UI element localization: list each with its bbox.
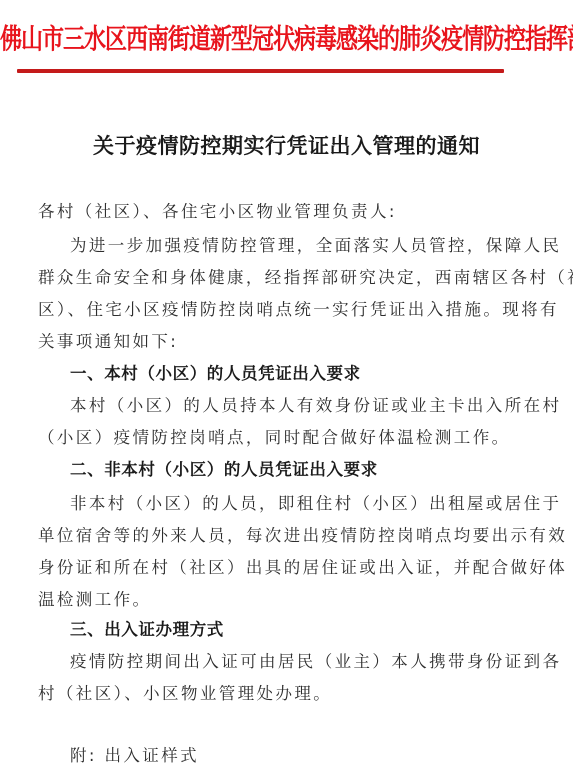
- section-heading: 三、出入证办理方式: [70, 616, 224, 640]
- section-line: 本村（小区）的人员持本人有效身份证或业主卡出入所在村: [70, 392, 561, 416]
- issuing-organization-header: 佛山市三水区西南街道新型冠状病毒感染的肺炎疫情防控指挥部办公室: [0, 18, 573, 57]
- section-line: 村（社区）、小区物业管理处办理。: [38, 680, 332, 704]
- intro-line: 区）、住宅小区疫情防控岗哨点统一实行凭证出入措施。现将有: [38, 296, 559, 320]
- header-red-rule: [17, 69, 504, 73]
- section-line: （小区）疫情防控岗哨点，同时配合做好体温检测工作。: [38, 424, 511, 448]
- document-title: 关于疫情防控期实行凭证出入管理的通知: [0, 130, 573, 160]
- intro-line: 关事项通知如下:: [38, 328, 178, 352]
- section-line: 单位宿舍等的外来人员，每次进出疫情防控岗哨点均要出示有效: [38, 522, 567, 546]
- intro-line: 群众生命安全和身体健康，经指挥部研究决定，西南辖区各村（社: [38, 264, 573, 288]
- attachment-note: 附: 出入证样式: [70, 742, 199, 766]
- salutation: 各村（社区）、各住宅小区物业管理负责人:: [38, 198, 397, 222]
- section-line: 温检测工作。: [38, 586, 151, 610]
- intro-line: 为进一步加强疫情防控管理，全面落实人员管控，保障人民: [70, 232, 561, 256]
- section-heading: 二、非本村（小区）的人员凭证出入要求: [70, 456, 378, 480]
- section-line: 非本村（小区）的人员，即租住村（小区）出租屋或居住于: [70, 490, 561, 514]
- section-heading: 一、本村（小区）的人员凭证出入要求: [70, 360, 361, 384]
- section-line: 身份证和所在村（社区）出具的居住证或出入证，并配合做好体: [38, 554, 567, 578]
- section-line: 疫情防控期间出入证可由居民（业主）本人携带身份证到各: [70, 648, 561, 672]
